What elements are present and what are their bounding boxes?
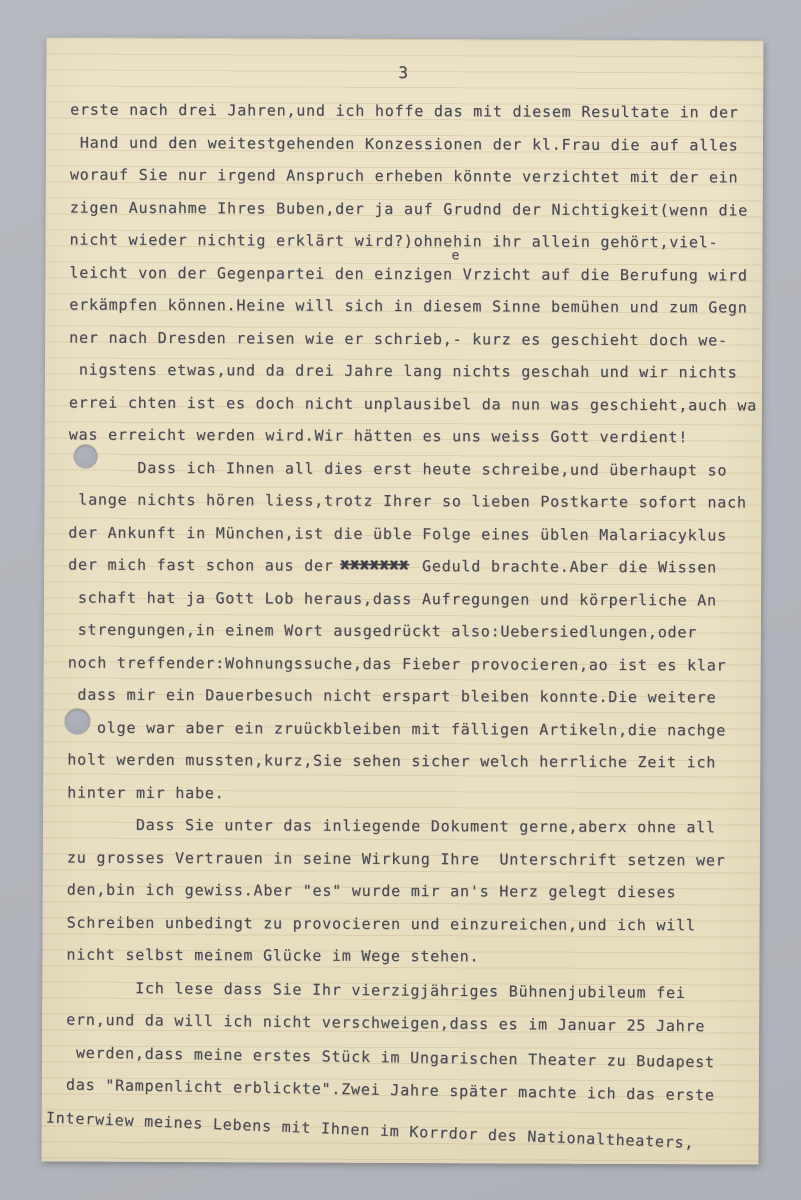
crossed-out-word: xxxxxxx xyxy=(340,555,409,573)
typed-line: nigstens etwas,und da drei Jahre lang ni… xyxy=(69,359,758,395)
typed-line: erkämpfen können.Heine will sich in dies… xyxy=(69,294,758,330)
typed-line: hinter mir habe. xyxy=(67,781,756,817)
typed-line: noch treffender:Wohnungssuche,das Fieber… xyxy=(68,651,757,687)
typed-line: Hand und den weitestgehenden Konzessione… xyxy=(70,131,759,167)
typed-line: dass mir ein Dauerbesuch nicht erspart b… xyxy=(67,684,756,720)
typed-line: leicht von der Gegenpartei den einzigen … xyxy=(69,261,758,297)
typed-line: worauf Sie nur irgend Anspruch erheben k… xyxy=(70,164,759,200)
typed-line: errei chten ist es doch nicht unplausibe… xyxy=(69,391,758,427)
typed-line: Dass ich Ihnen all dies erst heute schre… xyxy=(68,456,757,492)
typed-line: der mich fast schon aus der Geduld brach… xyxy=(68,554,757,590)
typed-line: nicht selbst meinem Glücke im Wege stehe… xyxy=(66,944,755,980)
typed-line: der Ankunft in München,ist die üble Folg… xyxy=(68,521,757,557)
letter-page: 3 erste nach drei Jahren,und ich hoffe d… xyxy=(42,37,764,1164)
typed-line: lange nichts hören liess,trotz Ihrer so … xyxy=(68,489,757,525)
typed-line: Dass Sie unter das inliegende Dokument g… xyxy=(67,814,756,850)
typed-line: was erreicht werden wird.Wir hätten es u… xyxy=(69,424,758,460)
typed-line: olge war aber ein zruückbleiben mit fäll… xyxy=(67,716,756,752)
typed-line: den,bin ich gewiss.Aber "es" wurde mir a… xyxy=(67,879,756,915)
typed-line: ner nach Dresden reisen wie er schrieb,-… xyxy=(69,326,758,362)
typed-line: holt werden mussten,kurz,Sie sehen siche… xyxy=(67,749,756,785)
typed-line: schaft hat ja Gott Lob heraus,dass Aufre… xyxy=(68,586,757,622)
scan-background: { "document_type": "scanned typewritten … xyxy=(0,0,801,1200)
typed-line: Schreiben unbedingt zu provocieren und e… xyxy=(67,911,756,947)
typed-line: zu grosses Vertrauen in seine Wirkung Ih… xyxy=(67,846,756,882)
typed-line: zigen Ausnahme Ihres Buben,der ja auf Gr… xyxy=(70,196,759,232)
letter-body: erste nach drei Jahren,und ich hoffe das… xyxy=(66,99,760,1142)
punch-hole xyxy=(64,709,90,735)
punch-hole xyxy=(74,445,98,469)
typed-correction-e: e xyxy=(451,248,459,263)
typed-line: nicht wieder nichtig erklärt wird?)ohneh… xyxy=(69,229,758,265)
typed-line: strengungen,in einem Wort ausgedrückt al… xyxy=(68,619,757,655)
typed-line: erste nach drei Jahren,und ich hoffe das… xyxy=(70,99,759,135)
page-number: 3 xyxy=(398,63,409,82)
